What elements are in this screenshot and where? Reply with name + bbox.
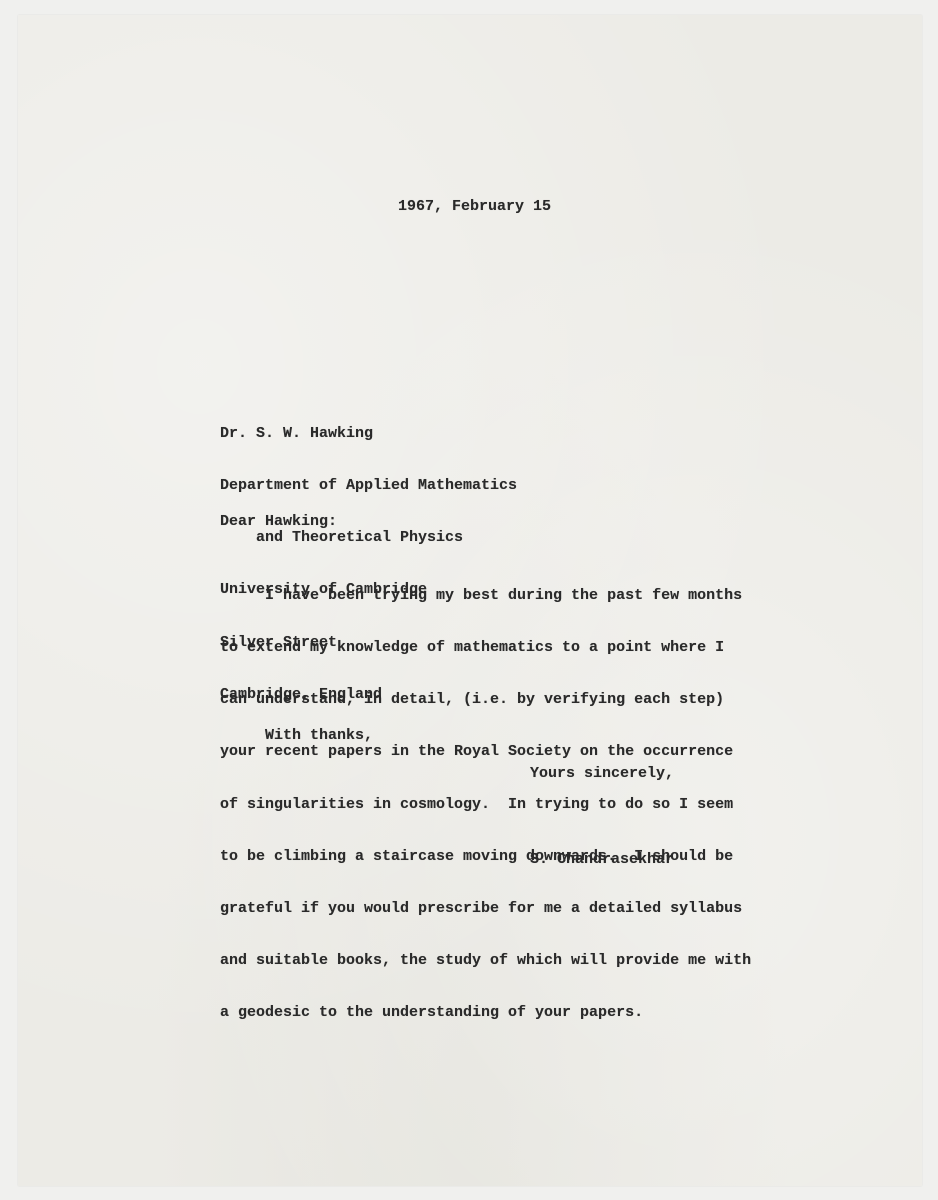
body-line: I have been trying my best during the pa… xyxy=(220,587,751,604)
body-line: grateful if you would prescribe for me a… xyxy=(220,900,751,917)
valediction: Yours sincerely, xyxy=(530,765,674,782)
address-line: and Theoretical Physics xyxy=(220,529,517,546)
signature: S. Chandrasekhar xyxy=(530,851,674,868)
address-line: Dr. S. W. Hawking xyxy=(220,425,517,442)
body-line: and suitable books, the study of which w… xyxy=(220,952,751,969)
address-line: Department of Applied Mathematics xyxy=(220,477,517,494)
body-line: your recent papers in the Royal Society … xyxy=(220,743,751,760)
body-line: to extend my knowledge of mathematics to… xyxy=(220,639,751,656)
salutation: Dear Hawking: xyxy=(220,513,337,530)
body-line: a geodesic to the understanding of your … xyxy=(220,1004,751,1021)
body-line: of singularities in cosmology. In trying… xyxy=(220,796,751,813)
letter-date: 1967, February 15 xyxy=(398,198,551,215)
letter-body: I have been trying my best during the pa… xyxy=(220,552,751,1039)
body-line: can understand, in detail, (i.e. by veri… xyxy=(220,691,751,708)
closing-line: With thanks, xyxy=(265,727,373,744)
